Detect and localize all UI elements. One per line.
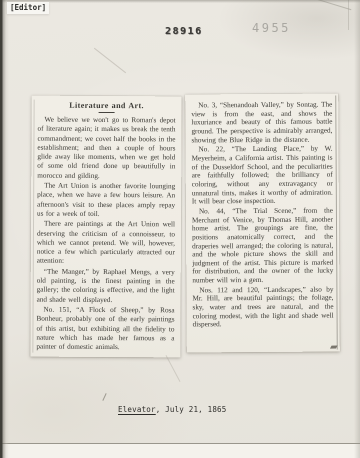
clipping-paragraph: There are paintings at the Art Union wel… — [37, 220, 175, 267]
paper-crease — [348, 0, 349, 30]
citation-date: , July 21, 1865 — [156, 405, 227, 414]
newspaper-clipping-left: Literature and Art. We believe we won't … — [30, 96, 181, 358]
stamp-number: 28916 — [165, 26, 203, 37]
paper-crease — [94, 48, 126, 73]
citation: Elevator, July 21, 1865 — [118, 405, 226, 414]
clipping-paragraph: “The Manger,” by Raphael Mengs, a very o… — [37, 267, 175, 305]
clipping-paragraph: Nos. 112 and 120, “Landscapes,” also by … — [192, 285, 333, 329]
clipping-paragraph: No. 44, “The Trial Scene,” from the Merc… — [192, 206, 333, 285]
torn-corner-mark — [330, 346, 338, 349]
citation-source: Elevator — [118, 405, 156, 414]
pencil-tick-mark — [102, 393, 106, 401]
clipping-paragraph: No. 3, “Shenandoah Valley,” by Sontag. T… — [191, 101, 332, 145]
clipping-paragraph: We believe we won't go to Roman's depot … — [37, 116, 175, 182]
clipping-title: Literature and Art. — [38, 101, 176, 112]
clipping-paragraph: No. 151, “A Flock of Sheep,” by Rosa Bon… — [36, 306, 174, 353]
clipping-paragraph: No. 22, “The Landing Place,” by W. Meyer… — [192, 145, 333, 206]
clipping-paragraph: The Art Union is another favorite loungi… — [37, 182, 175, 220]
newspaper-clipping-right: No. 3, “Shenandoah Valley,” by Sontag. T… — [185, 94, 340, 353]
penciled-number: 4955 — [252, 21, 291, 35]
clipping-right-paragraphs: No. 3, “Shenandoah Valley,” by Sontag. T… — [191, 101, 333, 330]
clipping-left-paragraphs: We believe we won't go to Roman's depot … — [36, 116, 175, 353]
paper-crease — [166, 355, 181, 382]
page-bottom-edge — [0, 443, 360, 458]
page-left-edge — [0, 0, 9, 458]
scanned-page: [Editor] 28916 4955 Literature and Art. … — [0, 0, 360, 458]
title-rule — [99, 112, 115, 113]
editor-label: [Editor] — [7, 2, 49, 14]
page-top-edge — [0, 0, 360, 3]
page-right-edge — [354, 0, 360, 458]
